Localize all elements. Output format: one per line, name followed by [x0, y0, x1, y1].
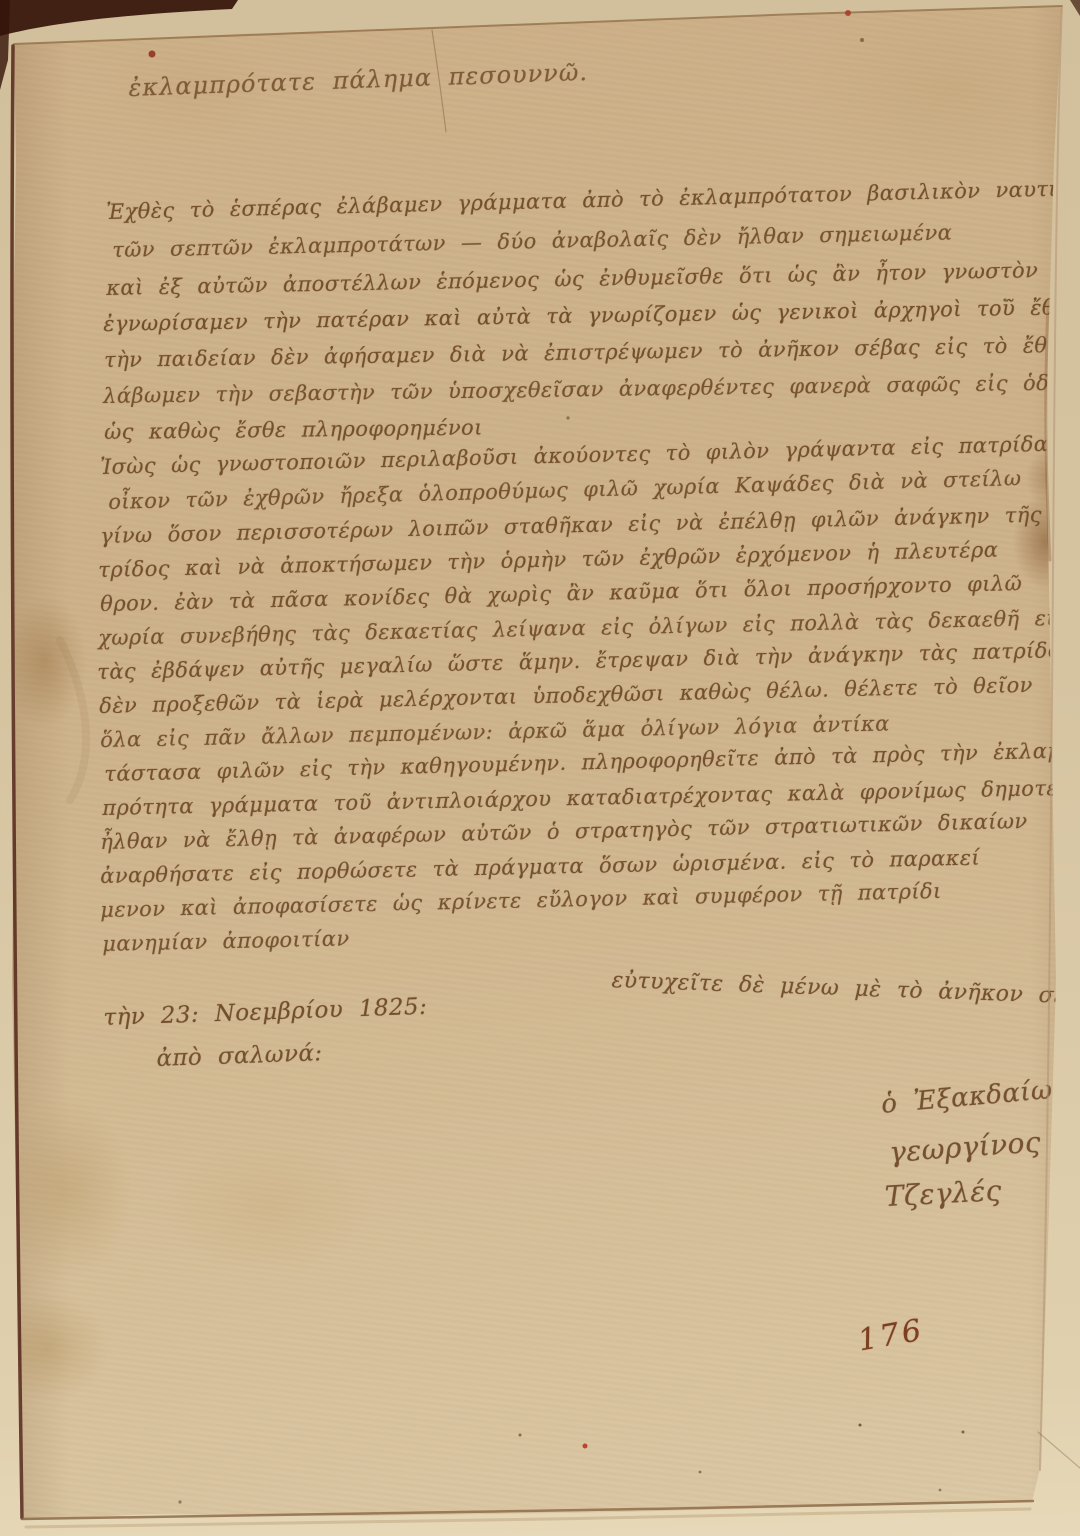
handwritten-line: ἐγνωρίσαμεν τὴν πατέραν καὶ αὐτὰ τὰ γνωρ… — [103, 294, 1080, 336]
handwritten-line: τῶν σεπτῶν ἐκλαμπροτάτων — δύο ἀναβολαῖς… — [112, 220, 952, 262]
handwritten-line: λάβωμεν τὴν σεβαστὴν τῶν ὑποσχεθεῖσαν ἀν… — [103, 370, 1080, 408]
signature-line: ὁ Ἐξακδαίων — [880, 1074, 1070, 1120]
manuscript-photo: ἐκλαμπρότατε πάλημα πεσουννῶ. Ἐχθὲς τὸ ἑ… — [0, 0, 1080, 1536]
handwritten-line: τὴν παιδείαν δὲν ἀφήσαμεν διὰ νὰ ἐπιστρέ… — [104, 333, 1080, 372]
letter-sheet: ἐκλαμπρότατε πάλημα πεσουννῶ. Ἐχθὲς τὸ ἑ… — [0, 0, 1080, 1536]
signature-line: γεωργίνος — [888, 1125, 1042, 1169]
letter-place: ἀπὸ σαλωνά: — [156, 1040, 323, 1072]
letter-salutation: ἐκλαμπρότατε πάλημα πεσουννῶ. — [128, 58, 588, 102]
letter-date: τὴν 23: Νοεμβρίου 1825: — [103, 994, 428, 1031]
handwritten-line: καὶ ἐξ αὐτῶν ἀποστέλλων ἑπόμενος ὡς ἐνθυ… — [106, 256, 1080, 300]
handwritten-line: Ἐχθὲς τὸ ἑσπέρας ἐλάβαμεν γράμματα ἀπὸ τ… — [106, 176, 1080, 224]
handwritten-line: ὡς καθὼς ἔσθε πληροφορημένοι — [104, 415, 483, 444]
signature-line: Τζεγλές — [884, 1174, 1002, 1213]
handwritten-line: εὐτυχεῖτε δὲ μένω μὲ τὸ ἀνῆκον σέβα= — [611, 968, 1080, 1011]
handwritten-line: μανημίαν ἀποφοιτίαν — [102, 926, 350, 956]
archive-page-number: 176 — [855, 1313, 926, 1359]
